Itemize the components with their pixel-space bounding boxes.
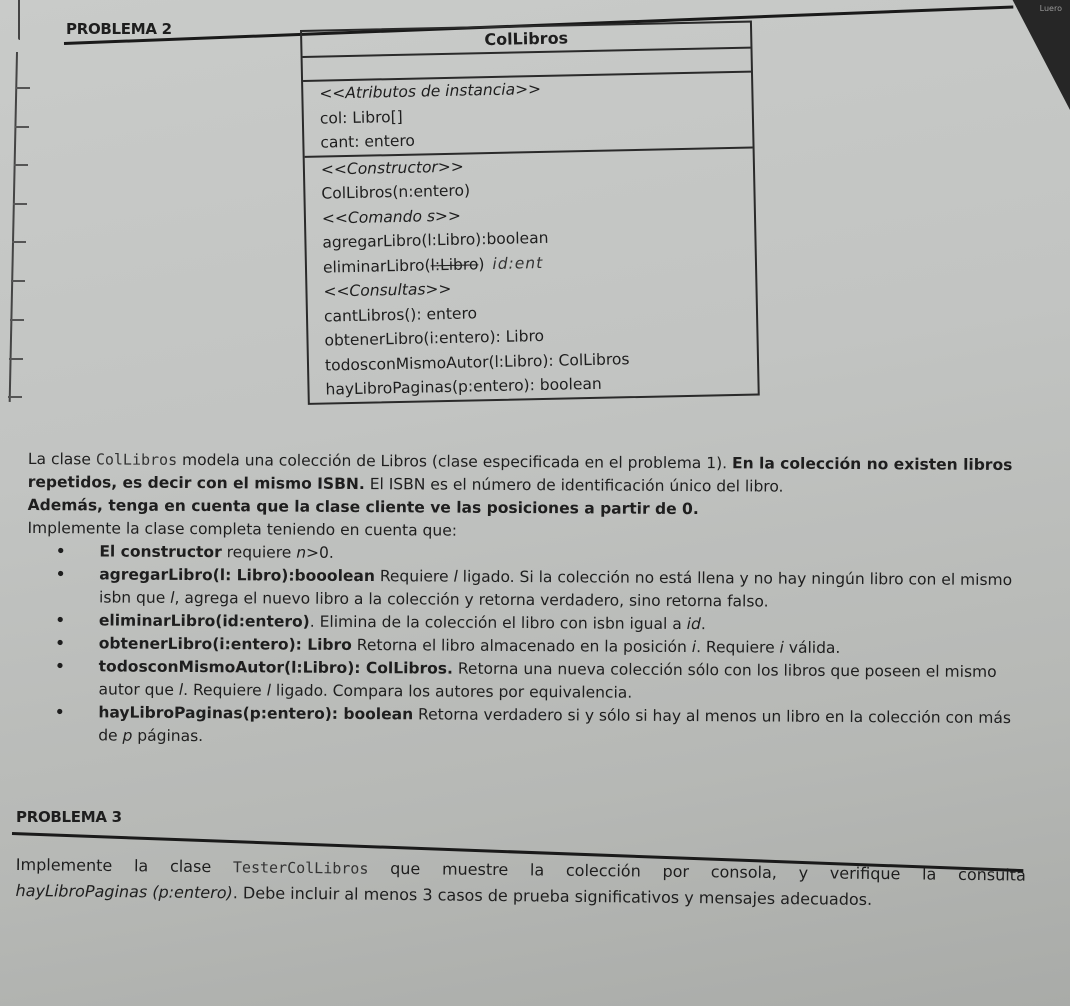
text: Implemente la clase bbox=[16, 855, 233, 876]
text: La clase bbox=[28, 450, 96, 468]
method-signature: El constructor bbox=[99, 542, 221, 561]
text: . Elimina de la colección el libro con i… bbox=[310, 613, 687, 633]
text: páginas. bbox=[132, 727, 203, 745]
text: . Requiere bbox=[696, 638, 780, 657]
background-corner bbox=[1000, 0, 1070, 110]
requirement-item: todosconMismoAutor(l:Libro): ColLibros. … bbox=[98, 655, 1026, 707]
problem2-heading: PROBLEMA 2 bbox=[66, 20, 172, 38]
uml-operations: <<Constructor>> ColLibros(n:entero) <<Co… bbox=[305, 148, 758, 402]
text: ligado. Compara los autores por equivale… bbox=[271, 681, 632, 701]
problem3-description: Implemente la clase TesterColLibros que … bbox=[15, 852, 1025, 915]
var: n bbox=[296, 544, 306, 562]
text: Requiere bbox=[375, 567, 454, 585]
struck-parameter: l:Libro bbox=[430, 255, 478, 274]
method-reference: hayLibroPaginas (p:entero) bbox=[15, 881, 232, 902]
intro-paragraph: La clase ColLibros modela una colección … bbox=[28, 448, 1028, 500]
exam-page: Luero PROBLEMA 2 ColLibros <<Atributos d… bbox=[0, 0, 1070, 1006]
uml-class-diagram: ColLibros <<Atributos de instancia>> col… bbox=[300, 21, 760, 405]
var: p bbox=[123, 727, 133, 745]
method-signature: agregarLibro(l: Libro):booolean bbox=[99, 565, 375, 585]
requirement-item: hayLibroPaginas(p:entero): boolean Retor… bbox=[98, 701, 1026, 753]
class-name-code: ColLibros bbox=[96, 450, 177, 468]
text: . Requiere bbox=[183, 681, 267, 700]
method-signature: hayLibroPaginas(p:entero): boolean bbox=[98, 703, 413, 723]
text: >0. bbox=[306, 544, 334, 562]
text: requiere bbox=[222, 543, 297, 561]
text: El ISBN es el número de identificación ú… bbox=[365, 475, 784, 496]
text: modela una colección de Libros (clase es… bbox=[177, 451, 732, 472]
corner-label: Luero bbox=[1040, 4, 1062, 13]
text: válida. bbox=[784, 639, 841, 657]
text: . Debe incluir al menos 3 casos de prueb… bbox=[233, 883, 873, 909]
uml-command-text: ) bbox=[478, 255, 484, 273]
problem2-description: La clase ColLibros modela una colección … bbox=[26, 448, 1028, 753]
method-signature: obtenerLibro(i:entero): Libro bbox=[99, 634, 352, 654]
requirement-item: agregarLibro(l: Libro):booolean Requiere… bbox=[99, 563, 1027, 615]
class-name-code: TesterColLibros bbox=[233, 858, 369, 877]
method-signature: todosconMismoAutor(l:Libro): ColLibros. bbox=[99, 657, 453, 677]
handwritten-annotation: id:ent bbox=[492, 253, 543, 272]
text: Retorna el libro almacenado en la posici… bbox=[352, 636, 692, 656]
text: , agrega el nuevo libro a la colección y… bbox=[174, 589, 768, 611]
uml-attributes: <<Atributos de instancia>> col: Libro[] … bbox=[303, 73, 752, 158]
problem3-heading: PROBLEMA 3 bbox=[16, 808, 122, 826]
uml-command-text: eliminarLibro( bbox=[323, 256, 431, 276]
var: id bbox=[687, 615, 701, 633]
text: que muestre la colección por consola, y … bbox=[368, 859, 1026, 885]
text: . bbox=[701, 615, 706, 633]
requirements-list: El constructor requiere n>0. agregarLibr… bbox=[26, 540, 1027, 753]
method-signature: eliminarLibro(id:entero) bbox=[99, 611, 310, 630]
